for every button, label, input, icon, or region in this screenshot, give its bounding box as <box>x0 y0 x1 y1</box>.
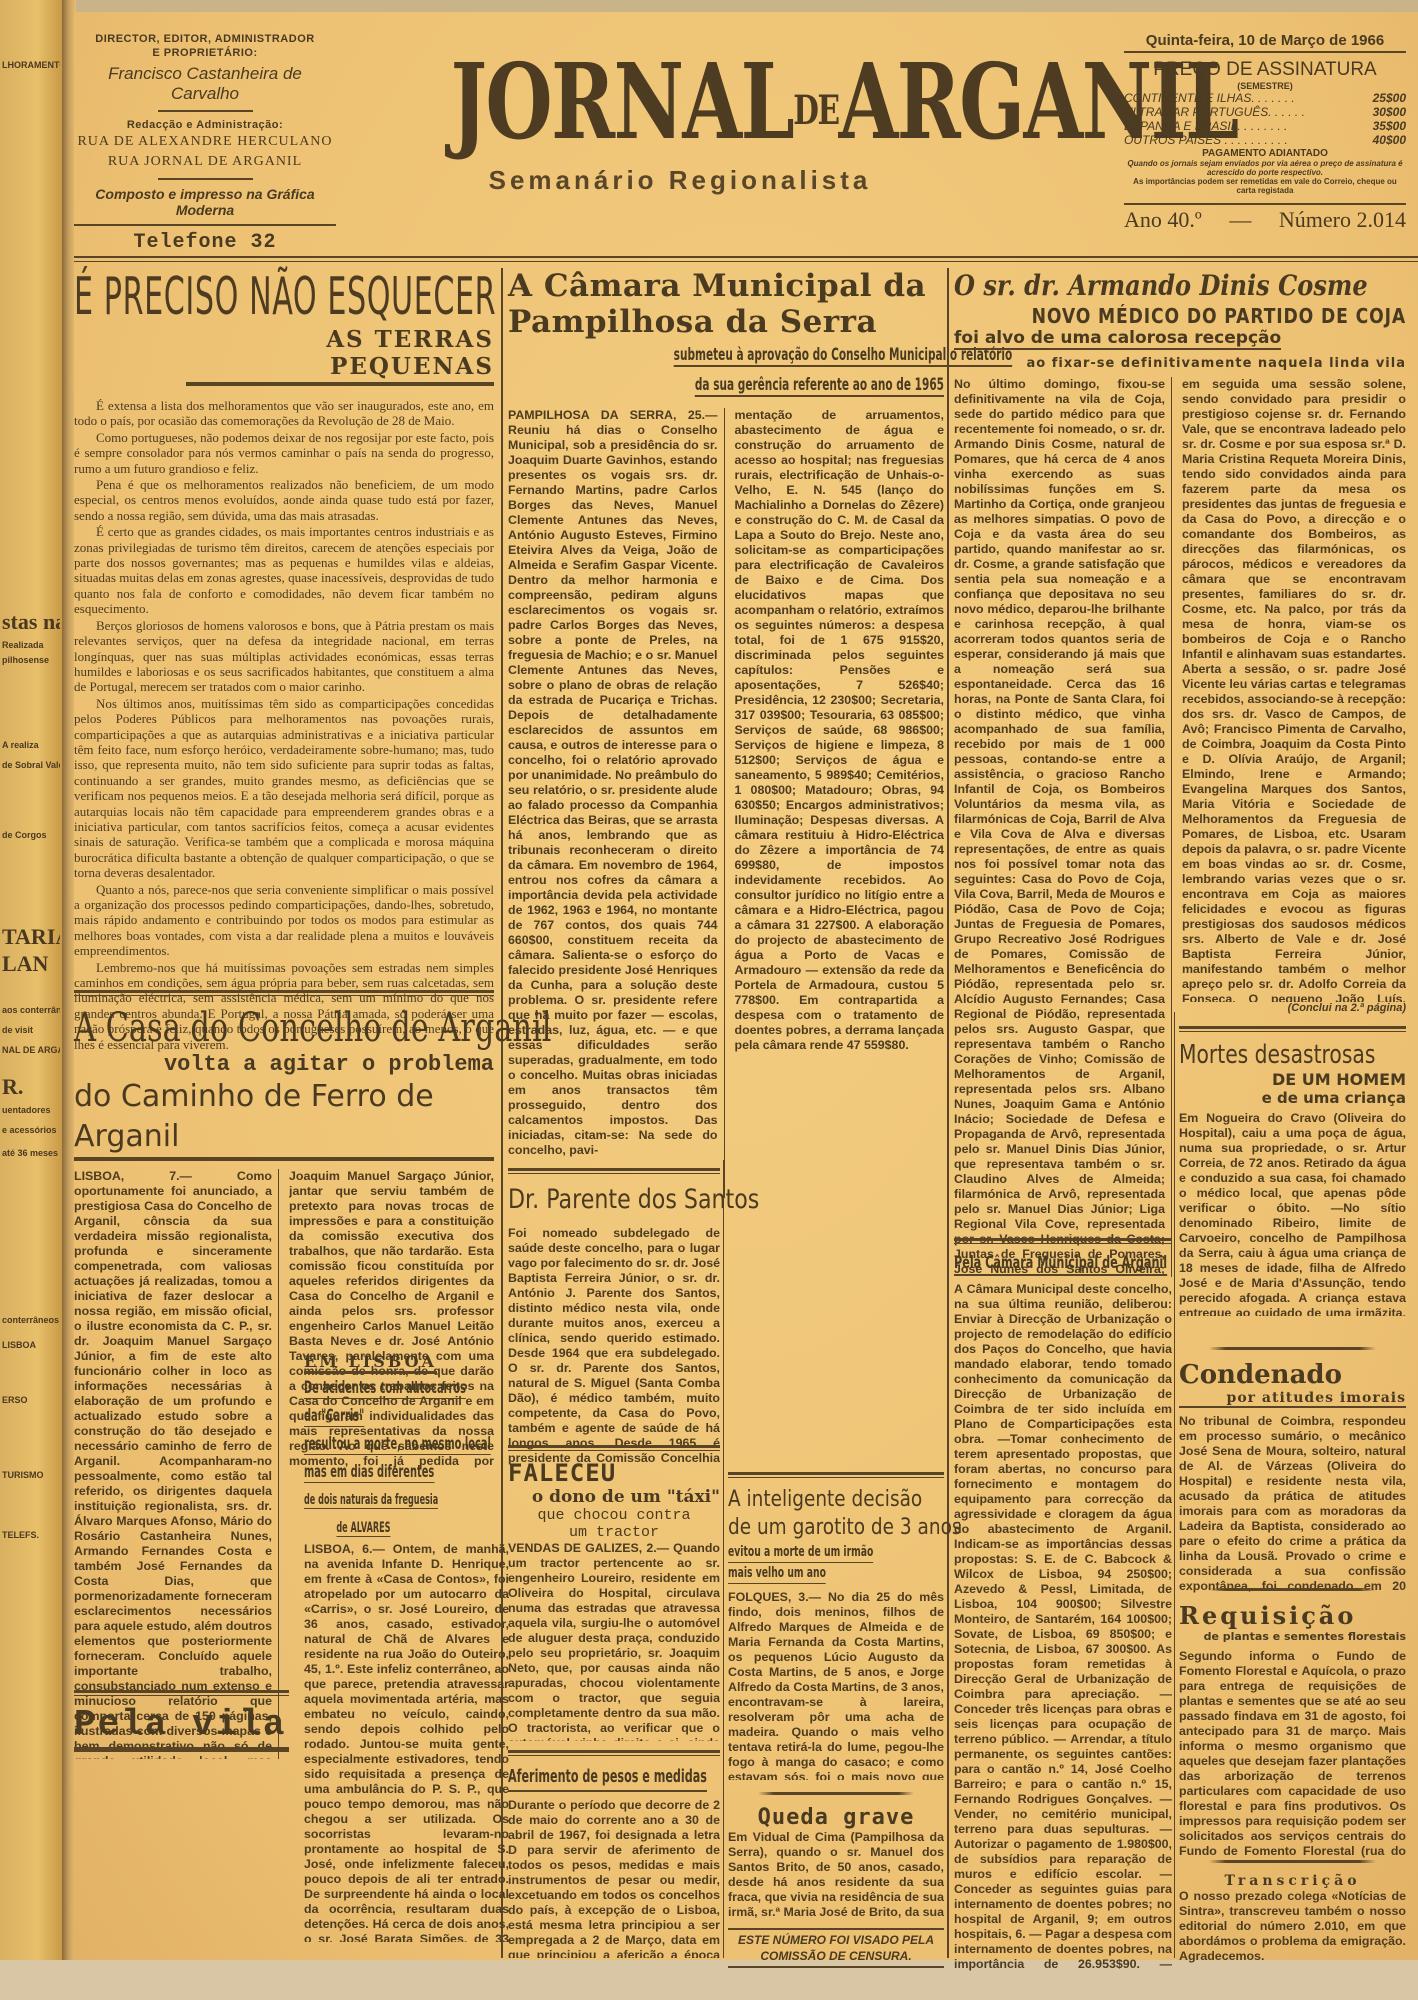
price-period: (SEMESTRE) <box>1124 81 1406 91</box>
remittance-note: As importâncias podem ser remetidas em v… <box>1124 177 1406 195</box>
staff-label: DIRECTOR, EDITOR, ADMINISTRADOR <box>74 32 336 46</box>
headline: De acidentes com autocarros <box>304 1374 423 1402</box>
article-body: Segundo informa o Fundo de Fomento Flore… <box>1179 1649 1406 1859</box>
divider <box>508 1168 720 1174</box>
adjacent-page-text: stas na cap <box>2 610 60 634</box>
section-title: Pela vila <box>74 1704 289 1752</box>
adjacent-page-text: R. <box>2 1075 60 1099</box>
adjacent-page-text: conterrâneos <box>2 1315 60 1325</box>
newspaper-logo: JORNALDEARGANIL <box>451 42 910 171</box>
article-body: A Câmara Municipal deste concelho, na su… <box>954 1282 1172 1972</box>
subheadline: de ALVARES <box>304 1514 423 1542</box>
divider <box>508 1445 720 1451</box>
headline: resultou a morte, no mesmo local <box>304 1430 423 1458</box>
column-divider <box>723 1160 724 1958</box>
director-name: Francisco Castanheira de Carvalho <box>74 64 336 104</box>
dash: — <box>1229 207 1251 233</box>
censorship-notice: ESTE NÚMERO FOI VISADO PELA COMISSÃO DE … <box>728 1928 944 1968</box>
adjacent-page-text: LAN <box>2 952 60 976</box>
subheadline: evitou a morte de um irmão <box>728 1542 873 1563</box>
divider <box>728 1472 944 1478</box>
column-2: em seguida uma sessão solene, sendo conv… <box>1182 377 1406 1002</box>
subheadline: volta a agitar o problema <box>74 1052 494 1077</box>
subheadline-2: que chocou contra <box>508 1507 720 1524</box>
adjacent-page-text: de Sobral Vale <box>2 760 60 770</box>
article-camara-pampilhosa: A Câmara Municipal da Pampilhosa da Serr… <box>508 268 944 1198</box>
adjacent-page-text: LHORAMENTOS <box>2 60 60 70</box>
printer-credit: Composto e impresso na Gráfica Moderna <box>74 186 336 218</box>
article-em-lisboa: EM LISBOA De acidentes com autocarros da… <box>304 1352 509 1942</box>
subheadline-2: da sua gerência referente ao ano de 1965 <box>674 370 944 400</box>
article-body: VENDAS DE GALIZES, 2.— Quando um tractor… <box>508 1541 720 1741</box>
article-body: Durante o período que decorre de 2 de ma… <box>508 1798 720 1958</box>
subheadline: de plantas e sementes florestais <box>1179 1630 1406 1643</box>
address-line-1: RUA DE ALEXANDRE HERCULANO <box>74 132 336 152</box>
article-queda-grave: Queda grave Em Vidual de Cima (Pampilhos… <box>728 1782 944 1968</box>
article-faleceu: FALECEU o dono de um "táxi" que chocou c… <box>508 1437 720 1741</box>
newspaper-title: JORNALDEARGANIL Semanário Regionalista <box>370 42 990 196</box>
price-row: OUTROS PAÍSES . . . . . . . . . .40$00 <box>1124 133 1406 147</box>
masthead: DIRECTOR, EDITOR, ADMINISTRADOR E PROPRI… <box>74 12 1418 250</box>
adjacent-page-text: e acessórios <box>2 1125 60 1135</box>
price-row: ULTRAMAR PORTUGUÊS. . . . . .30$00 <box>1124 105 1406 119</box>
payment-note: PAGAMENTO ADIANTADO <box>1124 148 1406 159</box>
headline: É PRECISO NÃO ESQUECER <box>74 268 318 326</box>
subheadline: por atitudes imorais <box>1179 1390 1406 1408</box>
subheadline-2: mais velho um ano <box>728 1563 826 1584</box>
adjacent-page-text: ERSO <box>2 1395 60 1405</box>
article-transcricao: Transcrição O nosso prezado colega «Notí… <box>1179 1850 1406 1964</box>
article-body: Foi nomeado subdelegado de saúde deste c… <box>508 1226 720 1466</box>
newspaper-page: DIRECTOR, EDITOR, ADMINISTRADOR E PROPRI… <box>74 12 1418 1960</box>
adjacent-page-text: A realiza <box>2 740 60 750</box>
price-title: PREÇO DE ASSINATURA <box>1124 59 1406 81</box>
title-de: DE <box>793 87 838 134</box>
adjacent-page-text: uentadores <box>2 1105 60 1115</box>
issue-date: Quinta-feira, 10 de Março de 1966 <box>1124 32 1406 53</box>
divider <box>74 224 336 227</box>
masthead-info: Quinta-feira, 10 de Março de 1966 PREÇO … <box>1124 32 1406 233</box>
headline: A Câmara Municipal da Pampilhosa da Serr… <box>508 268 944 340</box>
masthead-credits: DIRECTOR, EDITOR, ADMINISTRADOR E PROPRI… <box>74 32 336 254</box>
subheadline: AS TERRAS PEQUENAS <box>186 326 494 386</box>
price-list: CONTINENTE E ILHAS. . . . . . .25$00 ULT… <box>1124 91 1406 147</box>
page-bottom-edge <box>0 1960 1418 2000</box>
headline: da "Carris" <box>304 1402 423 1430</box>
subheadline: NOVO MÉDICO DO PARTIDO DE COJA <box>1017 304 1406 328</box>
divider <box>1179 1026 1406 1032</box>
adjacent-page-text: TELEFS. <box>2 1530 60 1540</box>
divider <box>1209 1588 1376 1591</box>
headline-2: de um garotito de 3 anos <box>728 1514 909 1542</box>
subheadline: submeteu à aprovação do Conselho Municip… <box>674 340 944 370</box>
issue-number: Número 2.014 <box>1279 207 1406 233</box>
divider <box>74 990 494 996</box>
divider <box>74 1690 289 1696</box>
article-body: FOLQUES, 3.— No dia 25 do mês findo, doi… <box>728 1590 944 1780</box>
subheadline: de dois naturais da freguesia <box>304 1486 423 1514</box>
article-terras-pequenas: É PRECISO NÃO ESQUECER AS TERRAS PEQUENA… <box>74 268 494 1053</box>
adjacent-page-text: NAL DE ARGANIL <box>2 1045 60 1055</box>
subheadline-3: um tractor <box>508 1524 720 1541</box>
adjacent-page-text: pilhosense <box>2 655 60 665</box>
headline: FALECEU <box>508 1459 720 1487</box>
headline: Condenado <box>1179 1360 1406 1390</box>
column-1: LISBOA, 7.— Como oportunamente foi anunc… <box>74 1169 279 1759</box>
adjacent-page-text: aos conterrâneos <box>2 1005 60 1015</box>
headline: A Casa do Concelho de Arganil <box>74 1004 393 1052</box>
article-body: Em Nogueira do Cravo (Oliveira do Hospit… <box>1179 1111 1406 1316</box>
article-aferimento: Aferimento de pesos e medidas Durante o … <box>508 1742 720 1958</box>
headline: Queda grave <box>728 1805 944 1830</box>
price-row: ESPANHA E BRASIL. . . . . . . .35$00 <box>1124 119 1406 133</box>
column-1: PAMPILHOSA DA SERRA, 25.— Reuniu há dias… <box>508 408 725 1198</box>
subheadline-2: e de uma criança <box>1179 1089 1406 1107</box>
staff-label-2: E PROPRIETÁRIO: <box>74 46 336 60</box>
column-2: mentação de arruamentos, abastecimento d… <box>735 408 945 1198</box>
section-label: EM LISBOA <box>304 1352 437 1374</box>
subheadline-2: do Caminho de Ferro de Arganil <box>74 1077 494 1161</box>
subheadline: o dono de um "táxi" <box>508 1487 720 1507</box>
subheadline: DE UM HOMEM <box>1179 1070 1406 1089</box>
headline: Dr. Parente dos Santos <box>508 1182 682 1218</box>
address-label: Redacção e Administração: <box>74 118 336 132</box>
adjacent-page-text: LISBOA <box>2 1340 60 1350</box>
phone-number: Telefone 32 <box>74 231 336 254</box>
article-body: Em Vidual de Cima (Pampilhosa da Serra),… <box>728 1830 944 1920</box>
divider <box>954 1238 1172 1244</box>
title-part-1: JORNAL <box>451 40 794 163</box>
continued-note: (Conclui na 2.ª página) <box>1182 1002 1406 1014</box>
divider <box>1209 1347 1376 1350</box>
headline: mas em dias diferentes <box>304 1458 423 1486</box>
article-body: No tribunal de Coimbra, respondeu em pro… <box>1179 1414 1406 1594</box>
divider <box>508 1750 720 1756</box>
masthead-rule <box>74 256 1418 262</box>
adjacent-page-text: TARIA <box>2 925 60 949</box>
subheadline-3: ao fixar-se definitivamente naquela lind… <box>954 356 1406 371</box>
column-1: No último domingo, fixou-se definitivame… <box>954 377 1172 1277</box>
adjacent-page-text: até 36 meses <box>2 1148 60 1158</box>
divider <box>158 178 253 180</box>
column-divider <box>947 268 949 1958</box>
headline: O sr. dr. Armando Dinis Cosme <box>954 268 1343 304</box>
headline: Aferimento de pesos e medidas <box>508 1764 707 1792</box>
divider <box>1209 1860 1376 1863</box>
adjacent-page-text: de visit <box>2 1025 60 1035</box>
adjacent-page-text: de Corgos <box>2 830 60 840</box>
headline: A inteligente decisão <box>728 1486 909 1514</box>
article-camara-arganil: Pela Câmara Municipal de Arganil A Câmar… <box>954 1230 1172 1972</box>
divider <box>158 110 253 112</box>
article-requisicao: Requisição de plantas e sementes florest… <box>1179 1578 1406 1859</box>
adjacent-page-fragment: LHORAMENTOSstas na capRealizadapilhosens… <box>0 0 62 2000</box>
headline: Transcrição <box>1179 1873 1406 1889</box>
adjacent-page-text: Realizada <box>2 640 60 650</box>
article-condenado: Condenado por atitudes imorais No tribun… <box>1179 1337 1406 1594</box>
section-pela-vila: Pela vila <box>74 1682 494 1760</box>
article-body: O nosso prezado colega «Notícias de Sint… <box>1179 1889 1406 1964</box>
issue-number-bar: Ano 40.º — Número 2.014 <box>1124 203 1406 233</box>
divider <box>758 1792 914 1795</box>
price-row: CONTINENTE E ILHAS. . . . . . .25$00 <box>1124 91 1406 105</box>
adjacent-page-text: TURISMO <box>2 1470 60 1480</box>
headline: Mortes desastrosas <box>1179 1040 1356 1070</box>
article-parente-santos: Dr. Parente dos Santos Foi nomeado subde… <box>508 1160 720 1466</box>
airmail-note: Quando os jornais sejam enviados por via… <box>1124 159 1406 177</box>
article-body: É extensa a lista dos melhoramentos que … <box>74 398 494 1052</box>
headline: Requisição <box>1179 1601 1406 1630</box>
article-columns: PAMPILHOSA DA SERRA, 25.— Reuniu há dias… <box>508 408 944 1198</box>
headline: Pela Câmara Municipal de Arganil <box>954 1252 1167 1276</box>
year: Ano 40.º <box>1124 207 1202 233</box>
subheadline-2: foi alvo de uma calorosa recepção <box>954 328 1281 350</box>
article-inteligente-decisao: A inteligente decisão de um garotito de … <box>728 1464 944 1780</box>
address-line-2: RUA JORNAL DE ARGANIL <box>74 152 336 172</box>
article-mortes-desastrosas: Mortes desastrosas DE UM HOMEM e de uma … <box>1179 1018 1406 1316</box>
